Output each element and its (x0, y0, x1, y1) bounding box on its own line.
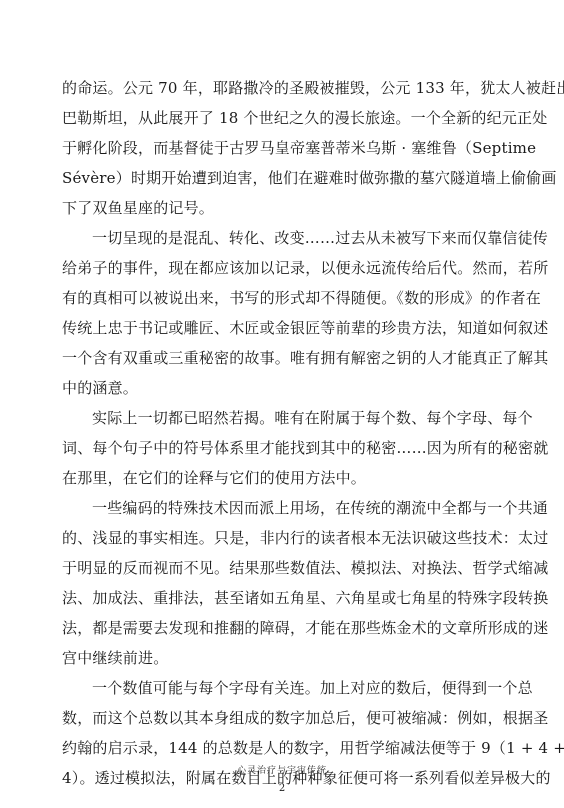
text-line: 数，而这个总数以其本身组成的数字加总后，便可被缩减：例如，根据圣 (62, 703, 514, 733)
text-line: 宫中继续前进。 (62, 643, 514, 673)
body-text: 的命运。公元 70 年，耶路撒冷的圣殿被摧毁，公元 133 年，犹太人被赶出 巴… (62, 73, 514, 793)
text-line: 给弟子的事件，现在都应该加以记录，以便永远流传给后代。然而，若所 (62, 253, 514, 283)
text-line: 一些编码的特殊技术因而派上用场，在传统的潮流中全都与一个共通 (62, 493, 514, 523)
text-line: 词、每个句子中的符号体系里才能找到其中的秘密……因为所有的秘密就 (62, 433, 514, 463)
running-footer-title: 心灵治疗与宇宙传统 (0, 763, 564, 776)
page-number: 2 (0, 783, 564, 794)
text-line: 法，都是需要去发现和推翻的障碍，才能在那些炼金术的文章所形成的迷 (62, 613, 514, 643)
text-line: 于孵化阶段，而基督徒于古罗马皇帝塞普蒂米乌斯 · 塞维鲁（Septime (62, 133, 514, 163)
text-line: 一切呈现的是混乱、转化、改变……过去从未被写下来而仅靠信徒传 (62, 223, 514, 253)
text-line: 实际上一切都已昭然若揭。唯有在附属于每个数、每个字母、每个 (62, 403, 514, 433)
text-line: 法、加成法、重排法，甚至诸如五角星、六角星或七角星的特殊字段转换 (62, 583, 514, 613)
text-line: 有的真相可以被说出来，书写的形式却不得随便。《数的形成》的作者在 (62, 283, 514, 313)
text-line: 的命运。公元 70 年，耶路撒冷的圣殿被摧毁，公元 133 年，犹太人被赶出 (62, 73, 514, 103)
text-line: 的、浅显的事实相连。只是，非内行的读者根本无法识破这些技术：太过 (62, 523, 514, 553)
text-line: 于明显的反而视而不见。结果那些数值法、模拟法、对换法、哲学式缩减 (62, 553, 514, 583)
text-line: Sévère）时期开始遭到迫害，他们在避难时做弥撒的墓穴隧道墙上偷偷画 (62, 163, 514, 193)
text-line: 巴勒斯坦，从此展开了 18 个世纪之久的漫长旅途。一个全新的纪元正处 (62, 103, 514, 133)
text-line: 一个数值可能与每个字母有关连。加上对应的数后，便得到一个总 (62, 673, 514, 703)
text-line: 传统上忠于书记或雕匠、木匠或金银匠等前辈的珍贵方法，知道如何叙述 (62, 313, 514, 343)
text-line: 下了双鱼星座的记号。 (62, 193, 514, 223)
text-line: 约翰的启示录，144 的总数是人的数字，用哲学缩减法便等于 9（1 + 4 + (62, 733, 514, 763)
text-line: 一个含有双重或三重秘密的故事。唯有拥有解密之钥的人才能真正了解其 (62, 343, 514, 373)
document-page: 的命运。公元 70 年，耶路撒冷的圣殿被摧毁，公元 133 年，犹太人被赶出 巴… (0, 0, 564, 808)
text-line: 中的涵意。 (62, 373, 514, 403)
text-line: 在那里，在它们的诠释与它们的使用方法中。 (62, 463, 514, 493)
